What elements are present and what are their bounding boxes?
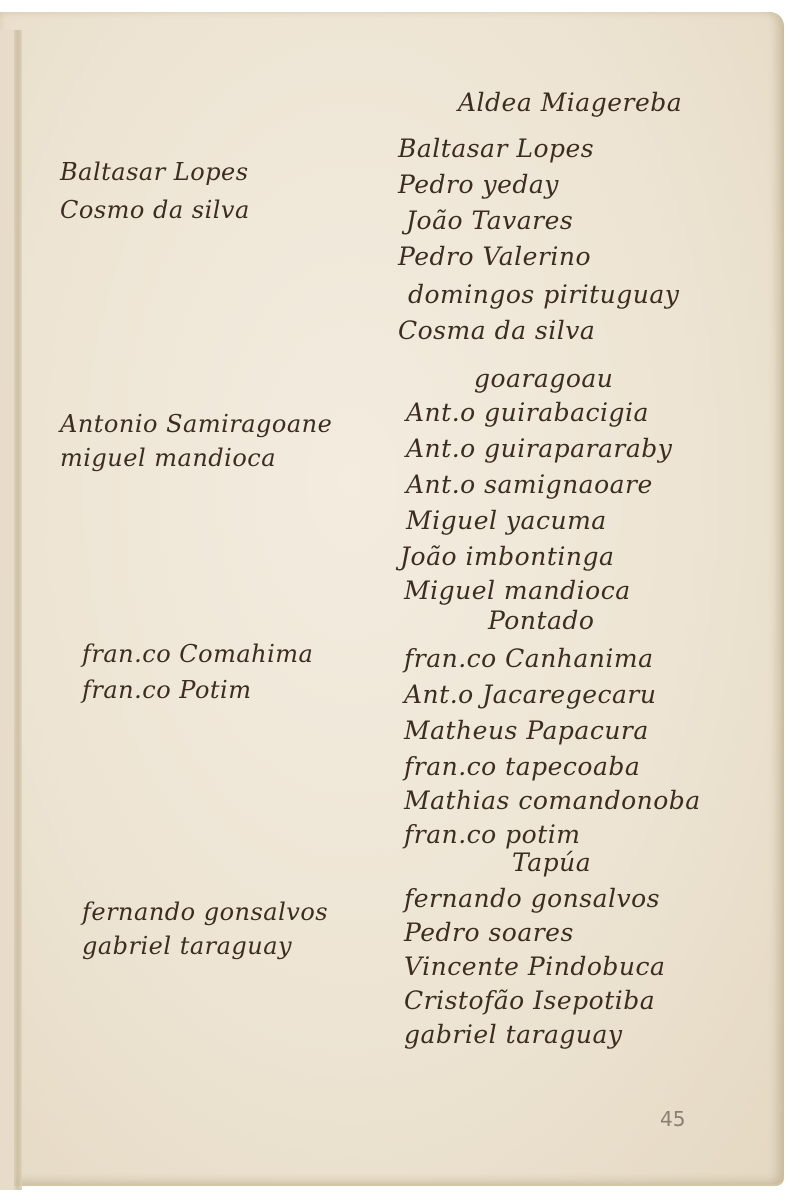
name-entry: Miguel mandioca [404, 576, 631, 605]
margin-note: fernando gonsalvos [82, 898, 328, 926]
name-entry: Mathias comandonoba [404, 786, 701, 815]
margin-note: miguel mandioca [60, 444, 276, 472]
name-entry: domingos pirituguay [408, 280, 679, 309]
name-entry: Ant.o samignaoare [406, 470, 653, 499]
manuscript-scan: Baltasar Lopes Cosmo da silva Antonio Sa… [0, 0, 800, 1197]
name-entry: fran.co potim [404, 820, 580, 849]
binding-gutter [14, 30, 22, 1190]
name-entry: Vincente Pindobuca [404, 952, 665, 981]
name-entry: Ant.o Jacaregecaru [404, 680, 656, 709]
folio-number: 45 [660, 1107, 685, 1131]
name-entry: João Tavares [406, 206, 573, 235]
margin-note: fran.co Comahima [82, 640, 313, 668]
margin-note: Cosmo da silva [60, 196, 250, 224]
paper-page: Baltasar Lopes Cosmo da silva Antonio Sa… [0, 12, 784, 1186]
margin-note: Antonio Samiragoane [60, 410, 332, 438]
name-entry: Cosma da silva [398, 316, 595, 345]
name-entry: Pedro Valerino [398, 242, 591, 271]
name-entry: Pedro soares [404, 918, 574, 947]
margin-note: gabriel taraguay [82, 932, 292, 960]
name-entry: Cristofão Isepotiba [404, 986, 655, 1015]
section-heading: goaragoau [474, 364, 613, 393]
name-entry: Ant.o guirapararaby [406, 434, 672, 463]
margin-note: fran.co Potim [82, 676, 251, 704]
name-entry: Baltasar Lopes [398, 134, 594, 163]
section-heading: Aldea Miagereba [458, 88, 682, 117]
margin-note: Baltasar Lopes [60, 158, 249, 186]
facing-page-edge [0, 30, 14, 1190]
name-entry: fran.co Canhanima [404, 644, 654, 673]
name-entry: Miguel yacuma [406, 506, 607, 535]
name-entry: fran.co tapecoaba [404, 752, 640, 781]
name-entry: Pedro yeday [398, 170, 559, 199]
name-entry: Matheus Papacura [404, 716, 649, 745]
name-entry: Ant.o guirabacigia [406, 398, 649, 427]
name-entry: gabriel taraguay [404, 1020, 623, 1049]
section-heading: Tapúa [512, 848, 591, 877]
name-entry: fernando gonsalvos [404, 884, 660, 913]
section-heading: Pontado [488, 606, 594, 635]
name-entry: João imbontinga [400, 542, 614, 571]
